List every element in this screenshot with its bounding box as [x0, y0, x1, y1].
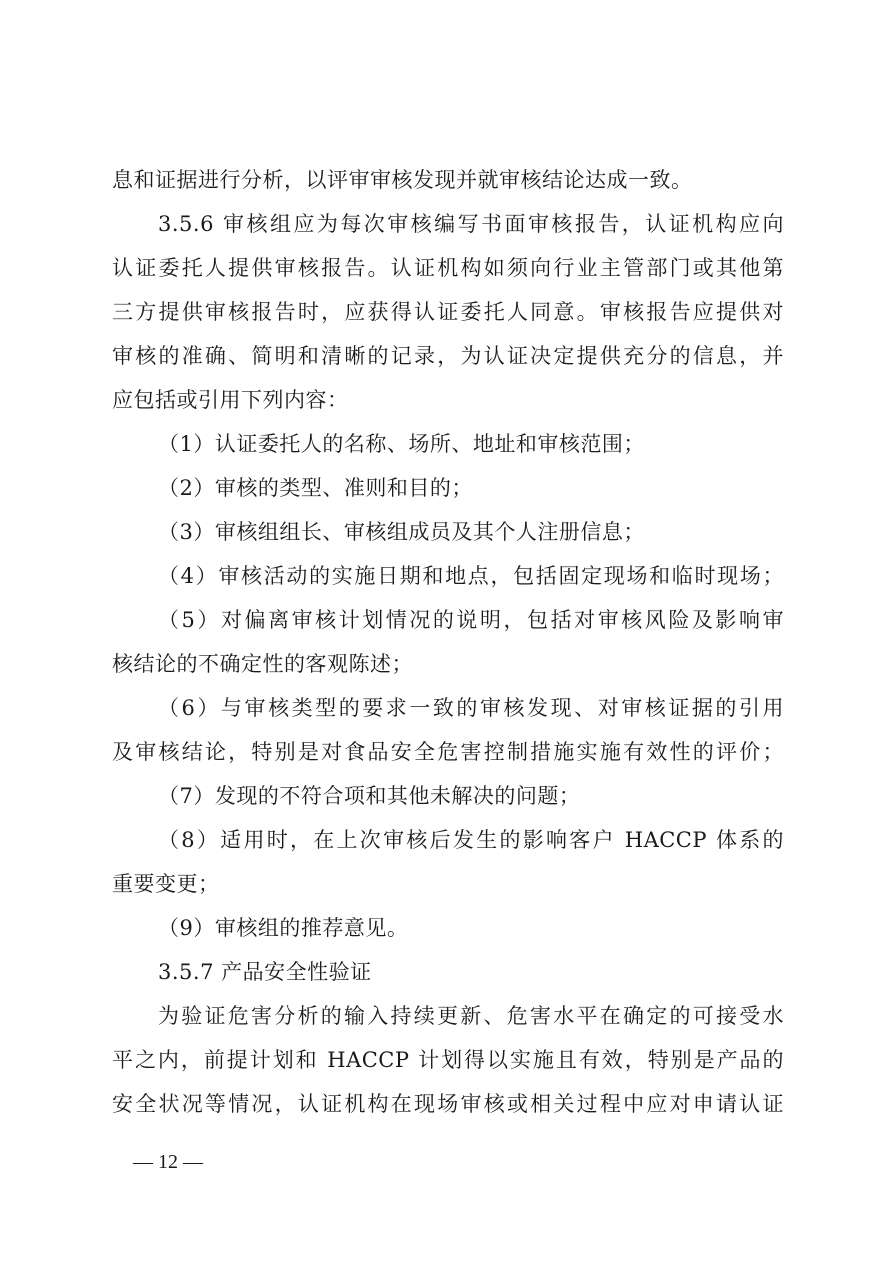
paragraph-line: 认证委托人提供审核报告。认证机构如须向行业主管部门或其他第: [112, 254, 784, 282]
list-item-6-continued: 及审核结论，特别是对食品安全危害控制措施实施有效性的评价；: [112, 738, 784, 766]
list-item-7: （7）发现的不符合项和其他未解决的问题；: [158, 782, 784, 810]
page-number: — 12 —: [133, 1148, 203, 1176]
paragraph-line: 应包括或引用下列内容：: [112, 386, 784, 414]
list-item-1: （1）认证委托人的名称、场所、地址和审核范围；: [158, 430, 784, 458]
list-item-2: （2）审核的类型、准则和目的；: [158, 474, 784, 502]
list-item-9: （9）审核组的推荐意见。: [158, 914, 784, 942]
list-item-3: （3）审核组组长、审核组成员及其个人注册信息；: [158, 518, 784, 546]
list-item-5-continued: 核结论的不确定性的客观陈述；: [112, 650, 784, 678]
list-item-5: （5）对偏离审核计划情况的说明，包括对审核风险及影响审: [158, 606, 784, 634]
list-item-8-continued: 重要变更；: [112, 870, 784, 898]
paragraph-line: 平之内，前提计划和 HACCP 计划得以实施且有效，特别是产品的: [112, 1046, 784, 1074]
paragraph-line: 审核的准确、简明和清晰的记录，为认证决定提供充分的信息，并: [112, 342, 784, 370]
list-item-8: （8）适用时，在上次审核后发生的影响客户 HACCP 体系的: [158, 826, 784, 854]
list-item-4: （4）审核活动的实施日期和地点，包括固定现场和临时现场；: [158, 562, 784, 590]
paragraph-line: 安全状况等情况，认证机构在现场审核或相关过程中应对申请认证: [112, 1090, 784, 1118]
list-item-6: （6）与审核类型的要求一致的审核发现、对审核证据的引用: [158, 694, 784, 722]
paragraph-line: 为验证危害分析的输入持续更新、危害水平在确定的可接受水: [158, 1002, 784, 1030]
paragraph-line: 息和证据进行分析，以评审审核发现并就审核结论达成一致。: [112, 166, 784, 194]
section-3-5-7-heading: 3.5.7 产品安全性验证: [158, 958, 784, 986]
document-page: 息和证据进行分析，以评审审核发现并就审核结论达成一致。 3.5.6 审核组应为每…: [0, 0, 892, 1262]
section-3-5-6-heading-line: 3.5.6 审核组应为每次审核编写书面审核报告，认证机构应向: [158, 210, 784, 238]
paragraph-line: 三方提供审核报告时，应获得认证委托人同意。审核报告应提供对: [112, 298, 784, 326]
